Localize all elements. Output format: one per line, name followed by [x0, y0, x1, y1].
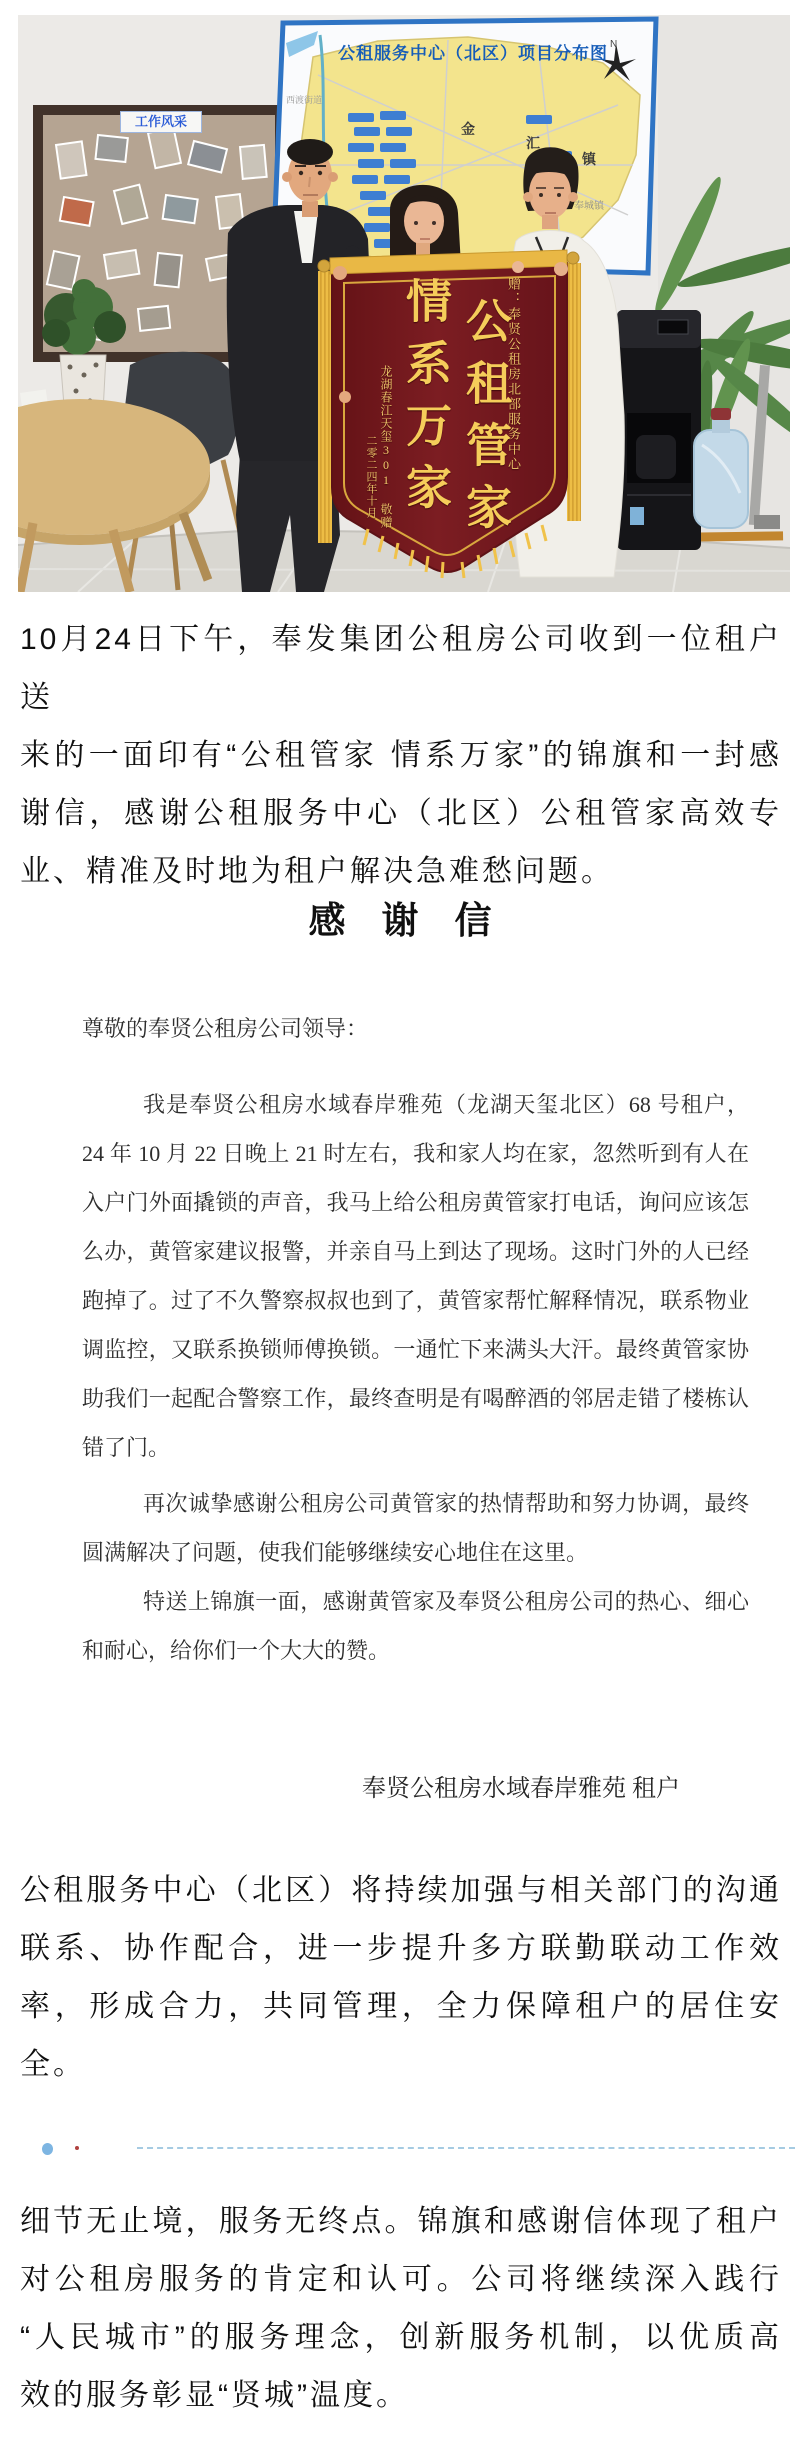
text-line: 联系、协作配合，进一步提升多方联勤联动工作效	[20, 1920, 782, 1978]
letter-salutation: 尊敬的奉贤公租房公司领导：	[82, 1004, 749, 1053]
text-line: 错了门。	[82, 1423, 749, 1472]
map-title: 公租服务中心（北区）项目分布图	[308, 39, 638, 64]
map-label-hui: 汇	[526, 133, 540, 153]
text-line: 效的服务彰显“贤城”温度。	[20, 2367, 782, 2425]
map-label-zhen: 镇	[582, 149, 596, 169]
divider-dot-icon	[42, 2143, 53, 2155]
banner-date-text: 二零二四年十月	[363, 435, 379, 585]
letter-paragraph-2: 再次诚挚感谢公租房公司黄管家的热情帮助和努力协调，最终圆满解决了问题，使我们能够…	[82, 1479, 749, 1577]
text-line: 么办，黄管家建议报警，并亲自马上到达了现场。这时门外的人已经	[82, 1227, 749, 1276]
text-line: 业、精准及时地为租户解决急难愁问题。	[20, 843, 782, 901]
letter-title: 感谢信	[0, 897, 800, 946]
article-photo: 公租服务中心（北区）项目分布图 工作风采 金 汇 镇 奉城镇 西渡街道 N 赠：…	[18, 15, 790, 592]
divider-dashed-line	[137, 2147, 795, 2149]
banner-main-text-left: 情系万家	[392, 277, 458, 557]
text-line: 公租服务中心（北区）将持续加强与相关部门的沟通	[20, 1862, 782, 1920]
text-line: 全。	[20, 2036, 782, 2094]
water-dispenser-illustration	[617, 310, 701, 550]
text-line: 率，形成合力，共同管理，全力保障租户的居住安	[20, 1978, 782, 2036]
text-line: 和耐心，给你们一个大大的赞。	[82, 1626, 749, 1675]
map-label-fengcheng: 奉城镇	[574, 197, 604, 212]
middle-woman-hand	[512, 261, 524, 273]
text-line: 助我们一起配合警察工作，最终查明是有喝醉酒的邻居走错了楼栋认	[82, 1374, 749, 1423]
letter-paragraph-1: 我是奉贤公租房水域春岸雅苑（龙湖天玺北区）68 号租户，24 年 10 月 22…	[82, 1080, 749, 1472]
section-divider	[0, 2137, 800, 2161]
text-line: 入户门外面撬锁的声音，我马上给公租房黄管家打电话，询问应该怎	[82, 1178, 749, 1227]
text-line: 10月24日下午，奉发集团公租房公司收到一位租户送	[20, 611, 782, 727]
text-line: 调监控，又联系换锁师傅换锁。一通忙下来满头大汗。最终黄管家协	[82, 1325, 749, 1374]
letter-paragraph-3: 特送上锦旗一面，感谢黄管家及奉贤公租房公司的热心、细心和耐心，给你们一个大大的赞…	[82, 1577, 749, 1675]
banner-main-text-right: 公租管家	[452, 297, 518, 577]
text-line: 谢信，感谢公租服务中心（北区）公租管家高效专	[20, 785, 782, 843]
text-line: 跑掉了。过了不久警察叔叔也到了，黄管家帮忙解释情况，联系物业	[82, 1276, 749, 1325]
thank-you-letter: 尊敬的奉贤公租房公司领导： 我是奉贤公租房水域春岸雅苑（龙湖天玺北区）68 号租…	[82, 1004, 749, 1814]
banner-giver-text: 龙湖春江天玺301 敬赠	[378, 365, 395, 575]
man-hand	[333, 266, 347, 280]
bulletin-board-label: 工作风采	[120, 111, 202, 133]
text-line: 我是奉贤公租房水域春岸雅苑（龙湖天玺北区）68 号租户，	[82, 1080, 749, 1129]
letter-signature: 奉贤公租房水域春岸雅苑 租户	[362, 1765, 749, 1814]
map-label-xidu: 西渡街道	[286, 93, 322, 106]
map-compass-label: N	[610, 39, 617, 50]
text-line: 细节无止境，服务无终点。锦旗和感谢信体现了租户	[20, 2193, 782, 2251]
intro-paragraph: 10月24日下午，奉发集团公租房公司收到一位租户送来的一面印有“公租管家 情系万…	[20, 611, 782, 901]
map-label-jin: 金	[461, 119, 475, 139]
text-line: 圆满解决了问题，使我们能够继续安心地住在这里。	[82, 1528, 749, 1577]
closing-paragraph-1: 公租服务中心（北区）将持续加强与相关部门的沟通联系、协作配合，进一步提升多方联勤…	[20, 1862, 782, 2094]
divider-red-dot-icon	[75, 2146, 79, 2150]
right-woman-hand	[554, 262, 568, 276]
text-line: 对公租房服务的肯定和认可。公司将继续深入践行	[20, 2251, 782, 2309]
text-line: 来的一面印有“公租管家 情系万家”的锦旗和一封感	[20, 727, 782, 785]
closing-paragraph-2: 细节无止境，服务无终点。锦旗和感谢信体现了租户对公租房服务的肯定和认可。公司将继…	[20, 2193, 782, 2425]
text-line: 24 年 10 月 22 日晚上 21 时左右，我和家人均在家，忽然听到有人在	[82, 1129, 749, 1178]
text-line: “人民城市”的服务理念，创新服务机制，以优质高	[20, 2309, 782, 2367]
article-page: 公租服务中心（北区）项目分布图 工作风采 金 汇 镇 奉城镇 西渡街道 N 赠：…	[0, 0, 800, 2437]
text-line: 特送上锦旗一面，感谢黄管家及奉贤公租房公司的热心、细心	[82, 1577, 749, 1626]
text-line: 再次诚挚感谢公租房公司黄管家的热情帮助和努力协调，最终	[82, 1479, 749, 1528]
